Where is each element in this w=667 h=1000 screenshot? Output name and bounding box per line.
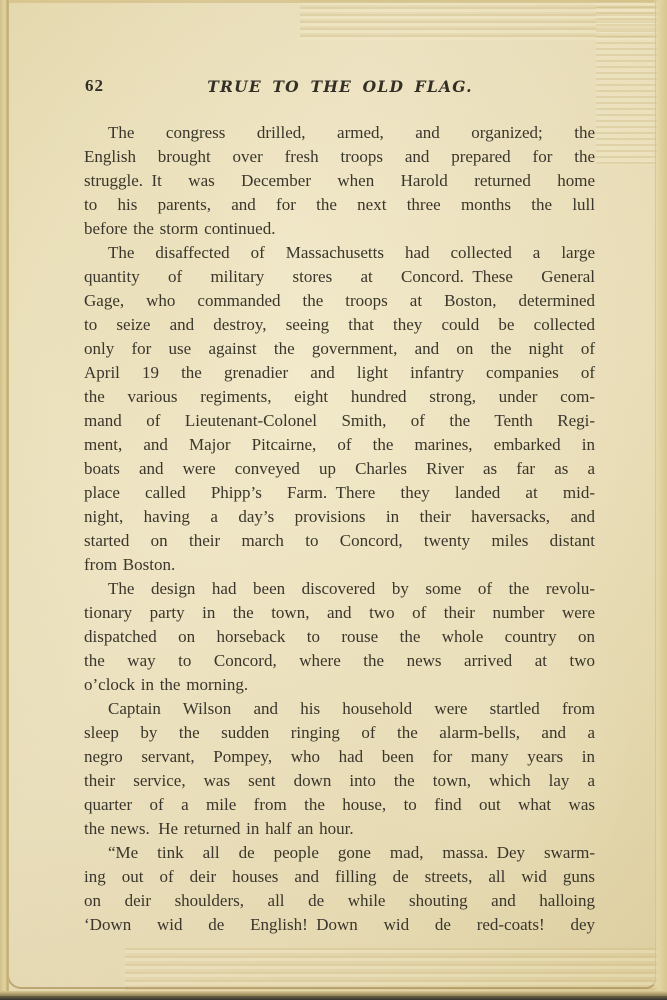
scan-edge-left [0,0,9,1000]
text-line: started on their march to Concord, twent… [84,529,595,553]
text-line: mand of Lieutenant-Colonel Smith, of the… [84,409,595,433]
text-line: ing out of deir houses and filling de st… [84,865,595,889]
paragraph: Captain Wilson and his household were st… [84,697,595,841]
text-line: sleep by the sudden ringing of the alarm… [84,721,595,745]
scan-edge-top [0,0,667,3]
book-page-scan: 62 TRUE TO THE OLD FLAG. The congress dr… [0,0,667,1000]
text-line: night, having a day’s provisions in thei… [84,505,595,529]
text-line: o’clock in the morning. [84,673,595,697]
text-line: struggle. It was December when Harold re… [84,169,595,193]
text-line: before the storm continued. [84,217,595,241]
text-line: to his parents, and for the next three m… [84,193,595,217]
text-line: dispatched on horseback to rouse the who… [84,625,595,649]
text-line: the various regiments, eight hundred str… [84,385,595,409]
text-line: The design had been discovered by some o… [84,577,595,601]
text-line: place called Phipp’s Farm. There they la… [84,481,595,505]
paragraph: The congress drilled, armed, and organiz… [84,121,595,241]
text-line: negro servant, Pompey, who had been for … [84,745,595,769]
paragraph: The disaffected of Massachusetts had col… [84,241,595,577]
scan-edge-right [653,0,667,1000]
text-line: Captain Wilson and his household were st… [84,697,595,721]
text-line: The disaffected of Massachusetts had col… [84,241,595,265]
text-line: quarter of a mile from the house, to fin… [84,793,595,817]
text-line: The congress drilled, armed, and organiz… [84,121,595,145]
text-line: to seize and destroy, seeing that they c… [84,313,595,337]
text-line: April 19 the grenadier and light infantr… [84,361,595,385]
text-line: from Boston. [84,553,595,577]
paragraph: “Me tink all de people gone mad, massa. … [84,841,595,937]
text-line: quantity of military stores at Concord. … [84,265,595,289]
text-line: ‘Down wid de English! Down wid de red-co… [84,913,595,937]
body-text: The congress drilled, armed, and organiz… [84,121,595,937]
paragraph: The design had been discovered by some o… [84,577,595,697]
text-line: English brought over fresh troops and pr… [84,145,595,169]
text-line: ment, and Major Pitcairne, of the marine… [84,433,595,457]
text-line: boats and were conveyed up Charles River… [84,457,595,481]
page-header: 62 TRUE TO THE OLD FLAG. [84,76,596,100]
scan-edge-bottom [0,996,667,1000]
text-line: tionary party in the town, and two of th… [84,601,595,625]
text-line: “Me tink all de people gone mad, massa. … [84,841,595,865]
text-line: the news. He returned in half an hour. [84,817,595,841]
text-line: only for use against the government, and… [84,337,595,361]
text-line: on deir shoulders, all de while shouting… [84,889,595,913]
text-line: their service, was sent down into the to… [84,769,595,793]
text-line: Gage, who commanded the troops at Boston… [84,289,595,313]
running-title: TRUE TO THE OLD FLAG. [84,77,596,96]
text-line: the way to Concord, where the news arriv… [84,649,595,673]
